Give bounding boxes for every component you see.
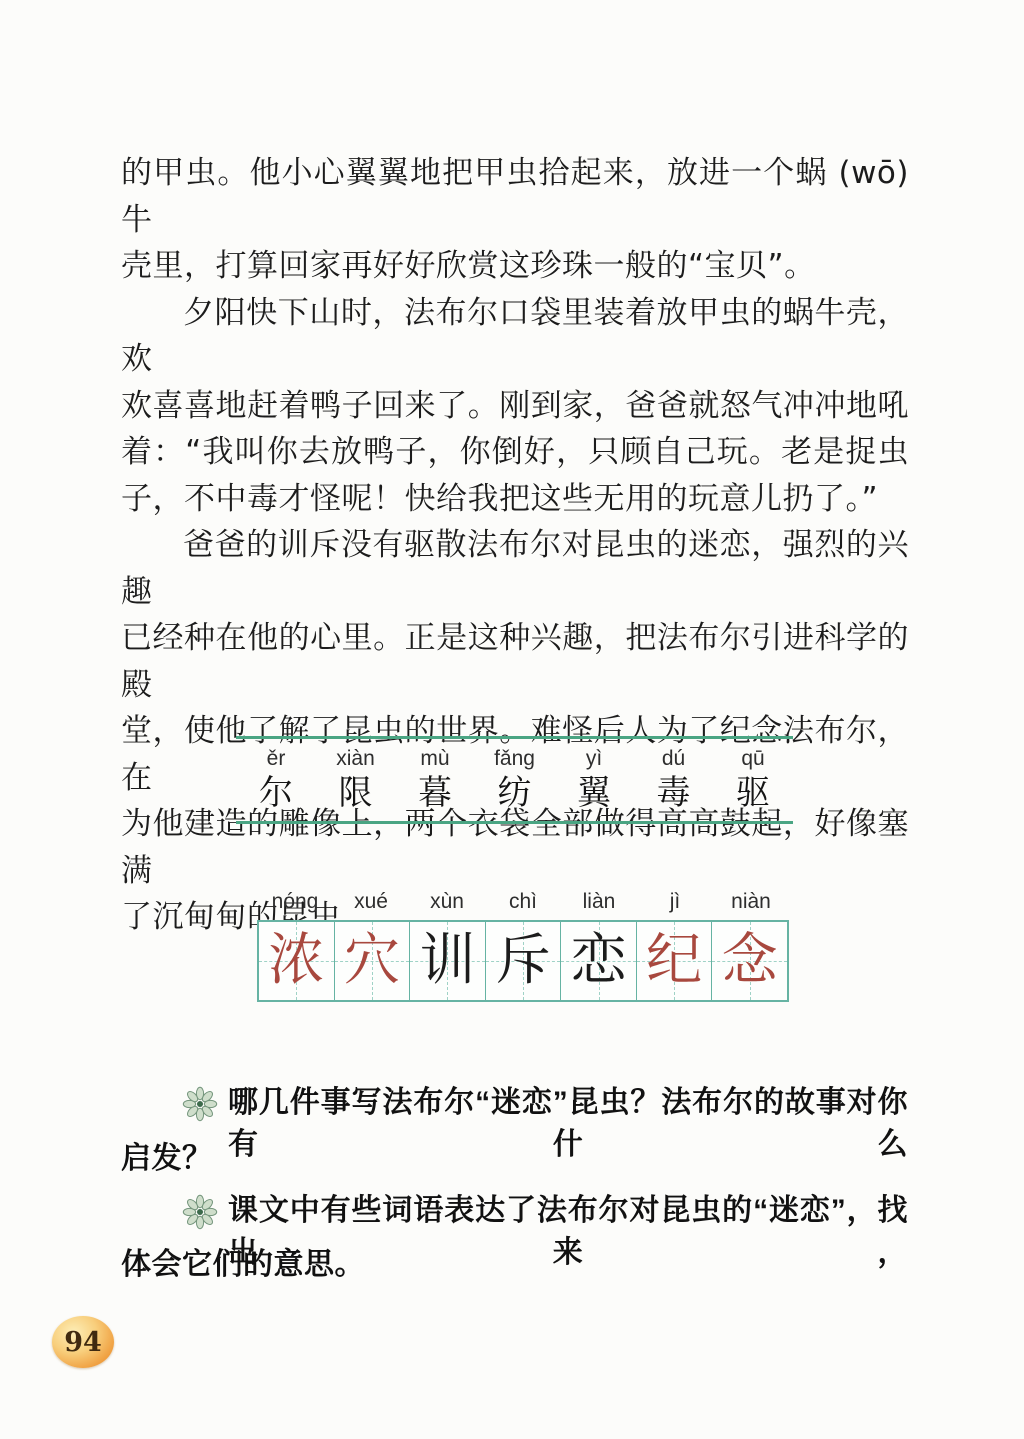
text-line: 壳里，打算回家再好好欣赏这珍珠一般的“宝贝”。 (121, 243, 909, 290)
text-line: 夕阳快下山时，法布尔口袋里装着放甲虫的蜗牛壳，欢 (121, 290, 909, 383)
text-line: 爸爸的训斥没有驱散法布尔对昆虫的迷恋，强烈的兴趣 (121, 522, 909, 615)
hanzi-character: 限 (328, 771, 384, 815)
writing-grid-pinyin-row: nóng xué xùn chì liàn jì niàn (257, 888, 789, 916)
pinyin-label: nóng (257, 888, 333, 916)
grid-character: 念 (722, 933, 778, 989)
pinyin-label: dú (646, 747, 702, 771)
hanzi-character: 翼 (566, 771, 622, 815)
grid-cell: 恋 (561, 922, 637, 1000)
pinyin-label: fǎng (487, 747, 543, 771)
pinyin-character-item: yì 翼 (566, 747, 622, 815)
text-line: 子，不中毒才怪呢！快给我把这些无用的玩意儿扔了。” (121, 476, 909, 523)
pinyin-label: niàn (713, 888, 789, 916)
text-line: 已经种在他的心里。正是这种兴趣，把法布尔引进科学的殿 (121, 615, 909, 708)
grid-character: 穴 (344, 933, 400, 989)
text-line: 欢喜喜地赶着鸭子回来了。刚到家，爸爸就怒气冲冲地吼 (121, 383, 909, 430)
pinyin-label: chì (485, 888, 561, 916)
pinyin-character-item: ěr 尔 (248, 747, 304, 815)
hanzi-character: 毒 (646, 771, 702, 815)
hanzi-character: 纺 (487, 771, 543, 815)
pinyin-label: xué (333, 888, 409, 916)
pinyin-label: mù (407, 747, 463, 771)
grid-cell: 训 (410, 922, 486, 1000)
pinyin-character-item: mù 暮 (407, 747, 463, 815)
grid-character: 恋 (571, 933, 627, 989)
pinyin-label: ěr (248, 747, 304, 771)
flower-icon (182, 1194, 218, 1230)
flower-icon (182, 1086, 218, 1122)
hanzi-character: 尔 (248, 771, 304, 815)
pinyin-label: liàn (561, 888, 637, 916)
question-2-line-2: 体会它们的意思。 (121, 1244, 901, 1286)
grid-character: 斥 (495, 933, 551, 989)
page-number-badge: 94 (52, 1316, 114, 1368)
grid-cell: 浓 (259, 922, 335, 1000)
hanzi-character: 驱 (725, 771, 781, 815)
page-number: 94 (64, 1327, 102, 1358)
writing-practice-grid: 浓 穴 训 斥 恋 纪 念 (257, 920, 789, 1002)
grid-cell: 斥 (486, 922, 562, 1000)
hanzi-character: 暮 (407, 771, 463, 815)
grid-cell: 纪 (637, 922, 713, 1000)
text-line: 着：“我叫你去放鸭子，你倒好，只顾自己玩。老是捉虫 (121, 429, 909, 476)
pinyin-label: yì (566, 747, 622, 771)
pinyin-label: xiàn (328, 747, 384, 771)
question-1-line-2: 启发？ (121, 1138, 901, 1180)
pinyin-character-item: xiàn 限 (328, 747, 384, 815)
pinyin-character-item: qū 驱 (725, 747, 781, 815)
pinyin-label: xùn (409, 888, 485, 916)
grid-character: 训 (419, 933, 475, 989)
pinyin-character-item: fǎng 纺 (487, 747, 543, 815)
recognize-characters-band: ěr 尔 xiàn 限 mù 暮 fǎng 纺 yì 翼 dú 毒 qū 驱 (236, 736, 793, 824)
grid-character: 浓 (268, 933, 324, 989)
textbook-page: 的甲虫。他小心翼翼地把甲虫拾起来，放进一个蜗 (wō) 牛 壳里，打算回家再好好… (0, 0, 1024, 1439)
grid-cell: 穴 (335, 922, 411, 1000)
grid-character: 纪 (646, 933, 702, 989)
pinyin-label: jì (637, 888, 713, 916)
pinyin-label: qū (725, 747, 781, 771)
grid-cell: 念 (712, 922, 787, 1000)
text-line: 的甲虫。他小心翼翼地把甲虫拾起来，放进一个蜗 (wō) 牛 (121, 150, 909, 243)
pinyin-character-item: dú 毒 (646, 747, 702, 815)
